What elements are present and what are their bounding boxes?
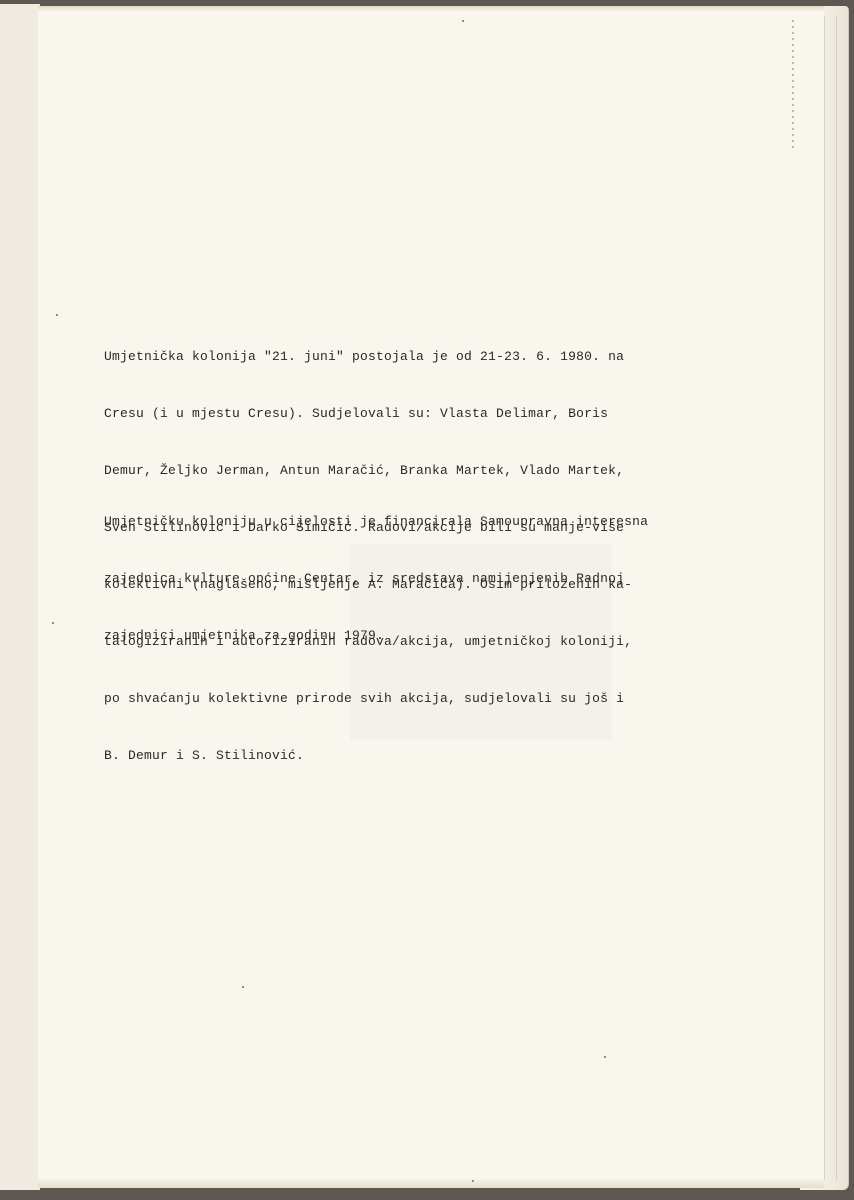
text-line: B. Demur i S. Stilinović. <box>104 746 744 765</box>
text-line: po shvaćanju kolektivne prirode svih akc… <box>104 689 744 708</box>
left-page-edge <box>0 4 40 1190</box>
text-line: zajednica kulture općine Centar, iz sred… <box>104 569 744 588</box>
binding-marks <box>792 20 794 150</box>
text-line: Cresu (i u mjestu Cresu). Sudjelovali su… <box>104 404 744 423</box>
scanned-page: Umjetnička kolonija "21. juni" postojala… <box>0 0 854 1200</box>
text-line: Umjetničku koloniju u cijelosti je finan… <box>104 512 744 531</box>
page-edge-line <box>824 16 825 1180</box>
page-edge-line <box>836 16 837 1180</box>
speck <box>242 986 244 988</box>
bottom-shadow <box>38 1178 824 1188</box>
speck <box>604 1056 606 1058</box>
top-shadow <box>38 6 824 12</box>
speck <box>472 1180 474 1182</box>
paragraph-funding: Umjetničku koloniju u cijelosti je finan… <box>104 474 744 683</box>
text-line: Umjetnička kolonija "21. juni" postojala… <box>104 347 744 366</box>
speck <box>52 622 54 624</box>
text-line: zajednici umjetnika za godinu 1979. <box>104 626 744 645</box>
speck <box>462 20 464 22</box>
speck <box>56 314 58 316</box>
